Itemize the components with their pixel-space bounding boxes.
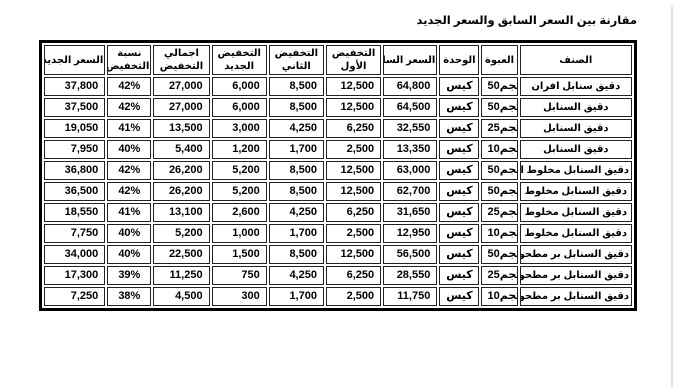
cell-discount2: 8,500 [269,182,324,201]
cell-item: دقيق السنابل [520,98,632,117]
cell-new_discount: 1,500 [212,245,267,264]
cell-new_discount: 3,000 [212,119,267,138]
cell-package: 50كجم [481,98,517,117]
cell-new_discount: 300 [212,287,267,306]
table-row: دقيق السنابل بر مطحون50كجمكيس56,50012,50… [44,245,632,264]
cell-discount1: 6,250 [326,119,381,138]
cell-discount2: 4,250 [269,266,324,285]
cell-new_discount: 5,200 [212,182,267,201]
cell-discount2: 8,500 [269,98,324,117]
cell-new_discount: 1,200 [212,140,267,159]
cell-total_discount: 26,200 [153,161,209,180]
cell-discount_pct: 42% [107,161,151,180]
cell-item: دقيق السنابل بر مطحون [520,287,632,306]
cell-discount2: 4,250 [269,203,324,222]
cell-item: دقيق السنابل بر مطحون [520,245,632,264]
cell-discount2: 1,700 [269,140,324,159]
document-page: { "title": "مقارنة بين السعر السابق والس… [0,0,680,387]
cell-new_price: 7,950 [44,140,105,159]
cell-new_discount: 5,200 [212,161,267,180]
cell-new_discount: 6,000 [212,77,267,96]
cell-package: 50كجم [481,161,517,180]
cell-total_discount: 26,200 [153,182,209,201]
cell-item: دقيق السنابل مخلوط [520,203,632,222]
column-header-item: الصنف [520,45,632,75]
cell-prev_price: 12,950 [383,224,437,243]
cell-unit: كيس [439,266,479,285]
column-header-discount_pct: نسبة التخفيض [107,45,151,75]
cell-item: دقيق السنابل مخلوط افران [520,161,632,180]
header-row: الصنفالعبوةالوحدةالسعر السابقالتخفيض الأ… [44,45,632,75]
cell-discount_pct: 40% [107,140,151,159]
cell-discount2: 8,500 [269,161,324,180]
cell-item: دقيق السنابل مخلوط [520,224,632,243]
cell-package: 10كجم [481,140,517,159]
cell-discount1: 6,250 [326,266,381,285]
cell-package: 50كجم [481,182,517,201]
cell-discount_pct: 40% [107,245,151,264]
cell-package: 10كجم [481,287,517,306]
cell-total_discount: 5,400 [153,140,209,159]
cell-prev_price: 11,750 [383,287,437,306]
cell-package: 25كجم [481,266,517,285]
cell-new_price: 36,800 [44,161,105,180]
cell-item: دقيق السنابل [520,140,632,159]
cell-total_discount: 13,500 [153,119,209,138]
page-edge-line [671,6,673,387]
cell-total_discount: 27,000 [153,77,209,96]
cell-new_discount: 1,000 [212,224,267,243]
cell-discount1: 12,500 [326,245,381,264]
cell-discount_pct: 41% [107,119,151,138]
cell-total_discount: 22,500 [153,245,209,264]
cell-total_discount: 5,200 [153,224,209,243]
cell-unit: كيس [439,77,479,96]
table-row: دقيق السنابل بر مطحون25كجمكيس28,5506,250… [44,266,632,285]
cell-total_discount: 4,500 [153,287,209,306]
cell-total_discount: 27,000 [153,98,209,117]
cell-new_price: 17,300 [44,266,105,285]
cell-unit: كيس [439,203,479,222]
cell-new_discount: 6,000 [212,98,267,117]
cell-package: 25كجم [481,119,517,138]
cell-total_discount: 13,100 [153,203,209,222]
cell-unit: كيس [439,98,479,117]
cell-discount2: 8,500 [269,77,324,96]
cell-discount2: 1,700 [269,287,324,306]
cell-item: دقيق سنابل افران [520,77,632,96]
cell-unit: كيس [439,245,479,264]
cell-prev_price: 63,000 [383,161,437,180]
cell-discount1: 2,500 [326,224,381,243]
column-header-total_discount: اجمالي التخفيض [153,45,209,75]
table-body: دقيق سنابل افران50كجمكيس64,80012,5008,50… [44,77,632,306]
table-row: دقيق السنابل مخلوط افران50كجمكيس63,00012… [44,161,632,180]
table-row: دقيق سنابل افران50كجمكيس64,80012,5008,50… [44,77,632,96]
cell-item: دقيق السنابل مخلوط [520,182,632,201]
column-header-package: العبوة [481,45,517,75]
cell-unit: كيس [439,182,479,201]
cell-discount_pct: 42% [107,98,151,117]
cell-new_price: 37,500 [44,98,105,117]
table-row: دقيق السنابل25كجمكيس32,5506,2504,2503,00… [44,119,632,138]
cell-unit: كيس [439,224,479,243]
cell-discount1: 2,500 [326,287,381,306]
cell-discount1: 6,250 [326,203,381,222]
cell-prev_price: 64,500 [383,98,437,117]
cell-prev_price: 62,700 [383,182,437,201]
cell-discount_pct: 38% [107,287,151,306]
price-comparison-table: الصنفالعبوةالوحدةالسعر السابقالتخفيض الأ… [39,40,637,311]
table-row: دقيق السنابل10كجمكيس13,3502,5001,7001,20… [44,140,632,159]
cell-discount1: 12,500 [326,182,381,201]
cell-package: 50كجم [481,77,517,96]
cell-prev_price: 13,350 [383,140,437,159]
cell-discount1: 12,500 [326,98,381,117]
table-row: دقيق السنابل مخلوط50كجمكيس62,70012,5008,… [44,182,632,201]
cell-new_price: 19,050 [44,119,105,138]
table-row: دقيق السنابل50كجمكيس64,50012,5008,5006,0… [44,98,632,117]
column-header-new_price: السعر الجديد [44,45,105,75]
cell-unit: كيس [439,161,479,180]
cell-item: دقيق السنابل بر مطحون [520,266,632,285]
cell-discount1: 12,500 [326,161,381,180]
cell-new_discount: 2,600 [212,203,267,222]
cell-new_price: 36,500 [44,182,105,201]
cell-prev_price: 31,650 [383,203,437,222]
cell-total_discount: 11,250 [153,266,209,285]
cell-prev_price: 32,550 [383,119,437,138]
cell-discount_pct: 42% [107,182,151,201]
table-row: دقيق السنابل مخلوط10كجمكيس12,9502,5001,7… [44,224,632,243]
cell-discount2: 8,500 [269,245,324,264]
cell-prev_price: 28,550 [383,266,437,285]
cell-discount1: 12,500 [326,77,381,96]
table-row: دقيق السنابل مخلوط25كجمكيس31,6506,2504,2… [44,203,632,222]
cell-prev_price: 64,800 [383,77,437,96]
cell-discount_pct: 41% [107,203,151,222]
cell-discount_pct: 39% [107,266,151,285]
cell-unit: كيس [439,287,479,306]
cell-new_price: 34,000 [44,245,105,264]
cell-new_price: 18,550 [44,203,105,222]
cell-discount1: 2,500 [326,140,381,159]
cell-prev_price: 56,500 [383,245,437,264]
cell-new_discount: 750 [212,266,267,285]
cell-discount_pct: 40% [107,224,151,243]
cell-item: دقيق السنابل [520,119,632,138]
column-header-prev_price: السعر السابق [383,45,437,75]
cell-new_price: 37,800 [44,77,105,96]
column-header-discount1: التخفيض الأول [326,45,381,75]
page-title: مقارنة بين السعر السابق والسعر الجديد [417,13,637,27]
cell-unit: كيس [439,119,479,138]
column-header-unit: الوحدة [439,45,479,75]
cell-package: 10كجم [481,224,517,243]
cell-discount2: 4,250 [269,119,324,138]
table-row: دقيق السنابل بر مطحون10كجمكيس11,7502,500… [44,287,632,306]
cell-package: 50كجم [481,245,517,264]
cell-new_price: 7,750 [44,224,105,243]
cell-new_price: 7,250 [44,287,105,306]
column-header-new_discount: التخفيض الجديد [212,45,267,75]
cell-package: 25كجم [481,203,517,222]
column-header-discount2: التخفيض الثاني [269,45,324,75]
cell-discount2: 1,700 [269,224,324,243]
cell-discount_pct: 42% [107,77,151,96]
cell-unit: كيس [439,140,479,159]
